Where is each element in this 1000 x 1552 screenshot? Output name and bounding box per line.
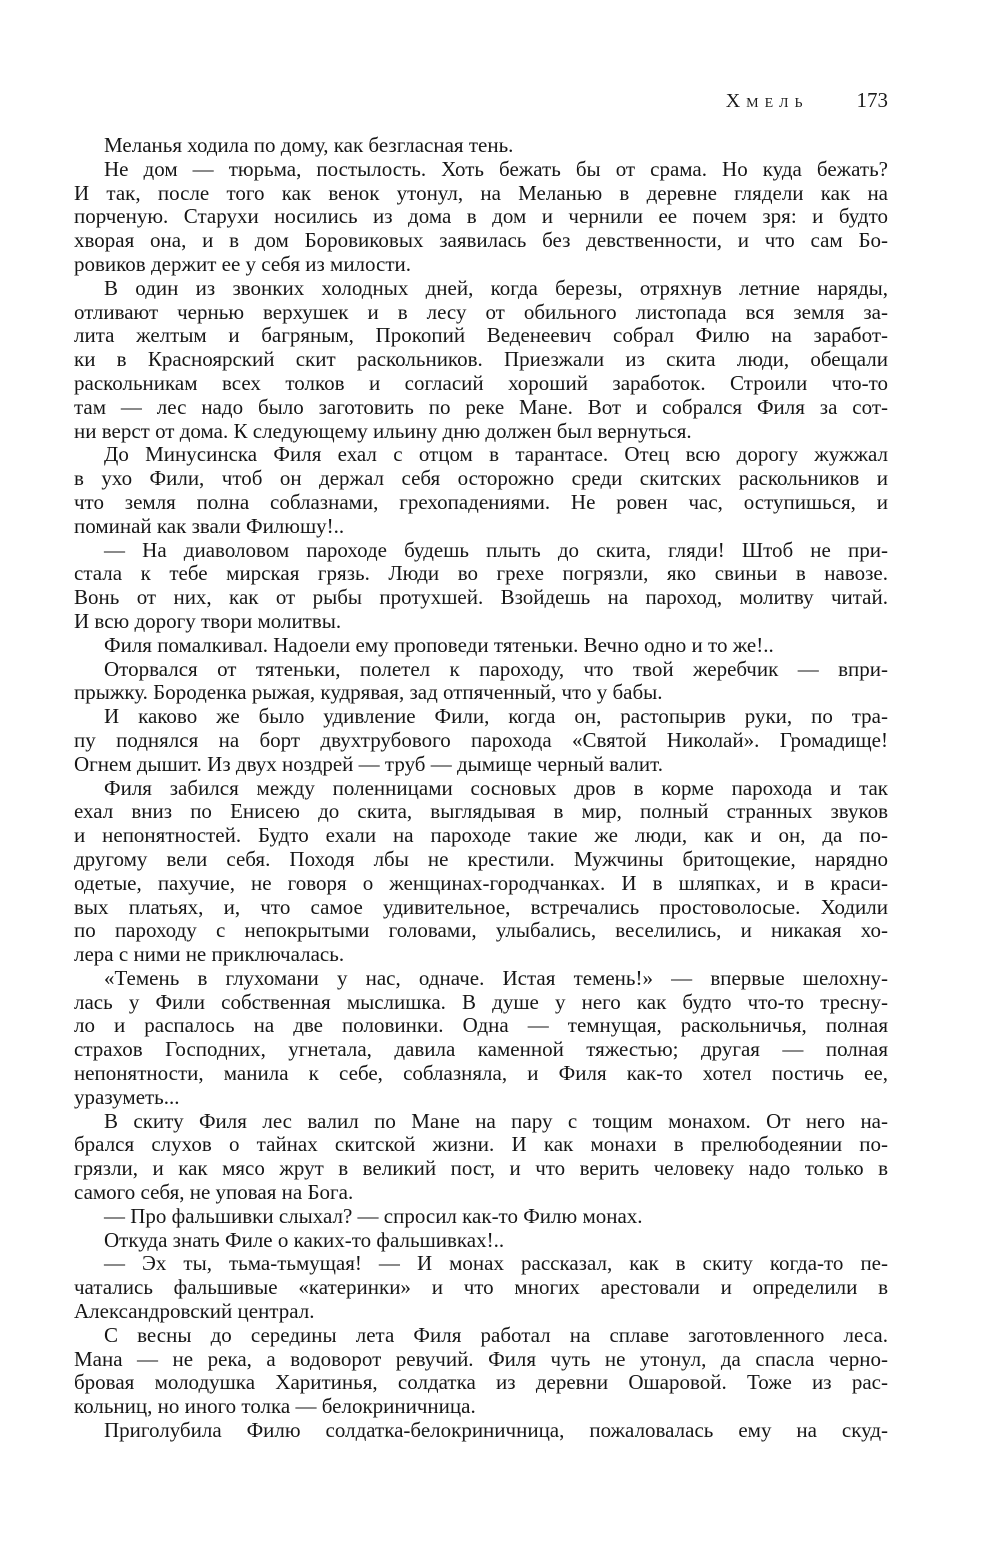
page-header: Хмель 173: [74, 88, 888, 110]
paragraph: — На диаволовом пароходе будешь плыть до…: [74, 539, 888, 634]
text-line: Откуда знать Филе о каких-то фальшивках!…: [74, 1229, 888, 1253]
text-line: самого себя, не уповая на Бога.: [74, 1181, 888, 1205]
text-line: прыжку. Бороденка рыжая, кудрявая, зад о…: [74, 681, 888, 705]
text-line: порченую. Старухи носились из дома в дом…: [74, 205, 888, 229]
text-line: стала к тебе мирская грязь. Люди во грех…: [74, 562, 888, 586]
text-line: грязли, и как мясо жрут в великий пост, …: [74, 1157, 888, 1181]
paragraph: Не дом — тюрьма, постылость. Хоть бежать…: [74, 158, 888, 277]
text-line: ни верст от дома. К следующему ильину дн…: [74, 420, 888, 444]
paragraph: Филя помалкивал. Надоели ему проповеди т…: [74, 634, 888, 658]
text-line: С весны до середины лета Филя работал на…: [74, 1324, 888, 1348]
text-line: лера с ними не приключалась.: [74, 943, 888, 967]
paragraph: Меланья ходила по дому, как безгласная т…: [74, 134, 888, 158]
text-line: страхов Господних, угнетала, давила каме…: [74, 1038, 888, 1062]
text-line: ки в Красноярский скит раскольников. При…: [74, 348, 888, 372]
paragraph: До Минусинска Филя ехал с отцом в тарант…: [74, 443, 888, 538]
paragraph: Оторвался от тятеньки, полетел к пароход…: [74, 658, 888, 706]
paragraph: В скиту Филя лес валил по Мане на пару с…: [74, 1110, 888, 1205]
text-line: ло и распалось на две половинки. Одна — …: [74, 1014, 888, 1038]
text-line: в ухо Фили, чтоб он держал себя осторожн…: [74, 467, 888, 491]
text-line: И каково же было удивление Фили, когда о…: [74, 705, 888, 729]
book-page: Хмель 173 Меланья ходила по дому, как бе…: [0, 0, 1000, 1552]
text-line: бровая молодушка Харитинья, солдатка из …: [74, 1371, 888, 1395]
text-line: В один из звонких холодных дней, когда б…: [74, 277, 888, 301]
text-line: Меланья ходила по дому, как безгласная т…: [74, 134, 888, 158]
text-line: И так, после того как венок утонул, на М…: [74, 182, 888, 206]
text-block: Меланья ходила по дому, как безгласная т…: [74, 134, 888, 1443]
paragraph: — Эх ты, тьма-тьмущая! — И монах рассказ…: [74, 1252, 888, 1323]
text-line: Оторвался от тятеньки, полетел к пароход…: [74, 658, 888, 682]
text-line: «Темень в глухомани у нас, одначе. Истая…: [74, 967, 888, 991]
paragraph: Филя забился между поленницами сосновых …: [74, 777, 888, 967]
paragraph: Приголубила Филю солдатка-белокриничница…: [74, 1419, 888, 1443]
paragraph: С весны до середины лета Филя работал на…: [74, 1324, 888, 1419]
text-line: чатались фальшивые «катеринки» и что мно…: [74, 1276, 888, 1300]
page-number: 173: [857, 88, 889, 113]
paragraph: В один из звонких холодных дней, когда б…: [74, 277, 888, 444]
text-line: Александровский централ.: [74, 1300, 888, 1324]
text-line: поминай как звали Филюшу!..: [74, 515, 888, 539]
text-line: — Про фальшивки слыхал? — спросил как-то…: [74, 1205, 888, 1229]
text-line: кольниц, но иного толка — белокриничница…: [74, 1395, 888, 1419]
running-title: Хмель: [726, 90, 809, 113]
text-line: по пароходу с непокрытыми головами, улыб…: [74, 919, 888, 943]
text-line: пу поднялся на борт двухтрубового парохо…: [74, 729, 888, 753]
paragraph: И каково же было удивление Фили, когда о…: [74, 705, 888, 776]
text-line: И всю дорогу твори молитвы.: [74, 610, 888, 634]
text-line: хворая она, и в дом Боровиковых заявилас…: [74, 229, 888, 253]
text-line: Не дом — тюрьма, постылость. Хоть бежать…: [74, 158, 888, 182]
text-line: брался слухов о тайнах скитской жизни. И…: [74, 1133, 888, 1157]
text-line: ровиков держит ее у себя из милости.: [74, 253, 888, 277]
text-line: вых платьях, и, что самое удивительное, …: [74, 896, 888, 920]
text-line: уразуметь...: [74, 1086, 888, 1110]
paragraph: «Темень в глухомани у нас, одначе. Истая…: [74, 967, 888, 1110]
text-line: Приголубила Филю солдатка-белокриничница…: [74, 1419, 888, 1443]
text-line: раскольникам всех толков и согласий хоро…: [74, 372, 888, 396]
text-line: Филя помалкивал. Надоели ему проповеди т…: [74, 634, 888, 658]
text-line: В скиту Филя лес валил по Мане на пару с…: [74, 1110, 888, 1134]
text-line: и непонятностей. Будто ехали на пароходе…: [74, 824, 888, 848]
text-line: ехал вниз по Енисею до скита, выглядывая…: [74, 800, 888, 824]
text-line: что земля полна соблазнами, грехопадения…: [74, 491, 888, 515]
text-line: там — лес надо было заготовить по реке М…: [74, 396, 888, 420]
text-line: Филя забился между поленницами сосновых …: [74, 777, 888, 801]
text-line: другому вели себя. Походя лбы не крестил…: [74, 848, 888, 872]
text-line: одетые, пахучие, не говоря о женщинах-го…: [74, 872, 888, 896]
text-line: отливают чернью верхушек и в лесу от оби…: [74, 301, 888, 325]
text-line: — Эх ты, тьма-тьмущая! — И монах рассказ…: [74, 1252, 888, 1276]
text-line: лита желтым и багряным, Прокопий Веденее…: [74, 324, 888, 348]
paragraph: — Про фальшивки слыхал? — спросил как-то…: [74, 1205, 888, 1229]
text-line: лась у Фили собственная мыслишка. В душе…: [74, 991, 888, 1015]
text-line: Мана — не река, а водоворот ревучий. Фил…: [74, 1348, 888, 1372]
text-line: Вонь от них, как от рыбы протухшей. Взой…: [74, 586, 888, 610]
paragraph: Откуда знать Филе о каких-то фальшивках!…: [74, 1229, 888, 1253]
text-line: Огнем дышит. Из двух ноздрей — труб — ды…: [74, 753, 888, 777]
text-line: непонятности, манила к себе, соблазняла,…: [74, 1062, 888, 1086]
text-line: До Минусинска Филя ехал с отцом в тарант…: [74, 443, 888, 467]
text-line: — На диаволовом пароходе будешь плыть до…: [74, 539, 888, 563]
